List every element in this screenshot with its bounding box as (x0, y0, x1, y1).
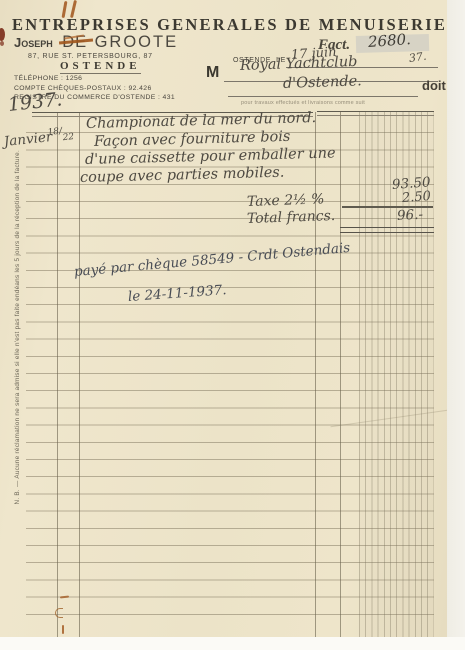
total-label: Total francs. (247, 208, 336, 227)
margin-disclaimer-note: N. B. — Aucune réclamation ne sera admis… (14, 150, 21, 505)
orange-smudge-3 (62, 625, 64, 634)
handwritten-date-year: 37. (408, 50, 427, 65)
scanned-invoice-photo: ENTREPRISES GENERALES DE MENUISERIE Jose… (0, 0, 465, 650)
margin-day-fraction: 18/22 (47, 125, 75, 144)
addressee-underline-2 (228, 96, 418, 97)
handwritten-addressee-line2: d'Ostende. (283, 73, 362, 92)
owner-first-name: Joseph (14, 35, 53, 50)
margin-column-line-1 (57, 112, 58, 637)
doit-label: doit (422, 78, 446, 93)
red-stain-left-edge (0, 28, 5, 41)
total-double-rule (340, 227, 434, 233)
addressee-prefix: M (206, 64, 219, 82)
phone-line: TÉLÉPHONE : 1256 (14, 75, 82, 82)
background-right-edge (447, 0, 465, 650)
amount-column-line-2 (340, 112, 341, 637)
margin-column-line-2 (79, 112, 80, 637)
street-address: 87, RUE ST. PETERSBOURG, 87 (28, 53, 153, 60)
subtotal-rule (342, 206, 433, 208)
owner-last-name: GROOTE (95, 33, 179, 51)
amount-tax: 2.50 (401, 189, 431, 206)
owner-name-row: Joseph DE GROOTE (14, 33, 178, 52)
red-stain-small (0, 41, 4, 46)
invoice-paper: ENTREPRISES GENERALES DE MENUISERIE Jose… (0, 0, 447, 637)
tax-label: Taxe 2½ % (247, 191, 325, 210)
handwritten-fact-number: 2680. (367, 30, 411, 51)
handwritten-addressee-line1: Royal Yachtclub (240, 54, 358, 74)
orange-smudge-2 (55, 608, 63, 618)
amount-total: 96.- (397, 207, 424, 224)
background-bottom-edge (0, 637, 465, 650)
owner-name-de-struck: DE (62, 33, 87, 51)
invoice-subtitle: pour travaux effectués et livraisons com… (241, 100, 365, 106)
table-top-rule-right (317, 111, 434, 116)
city-name: OSTENDE (60, 60, 141, 74)
